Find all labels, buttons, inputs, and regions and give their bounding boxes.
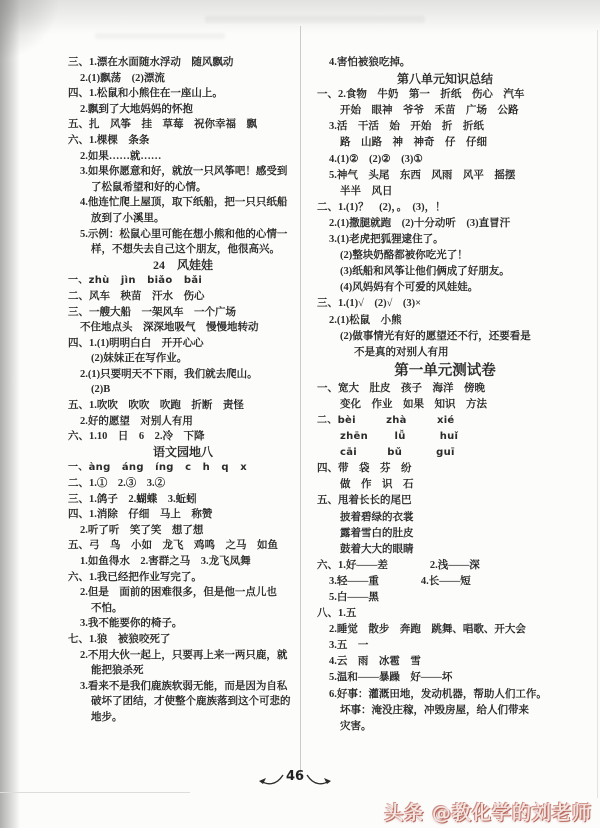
answer-line: 四、1.(1)明明白白 开开心心 (68, 336, 298, 352)
section-title: 第八单元知识总结 (317, 71, 573, 87)
answer-line: (4)风妈妈有个可爱的风娃娃。 (317, 280, 573, 296)
answer-line: 四、1.消除 仔细 马上 称赞 (68, 507, 298, 523)
answer-line: 4.他连忙爬上屋顶，取下纸船，把一只只纸船 (68, 195, 298, 211)
answer-line: 八、1.五 (317, 606, 573, 622)
answer-line: 六、1.好——差 2.浅——深 (317, 558, 573, 574)
answer-line: 开始 眼神 爷爷 禾苗 广场 公路 (317, 103, 573, 119)
left-answer-column: 三、1.漂在水面随水浮动 随风飘动2.(1)飘荡 (2)漂流四、1.松鼠和小熊住… (68, 55, 298, 726)
workbook-answer-page: 三、1.漂在水面随水浮动 随风飘动2.(1)飘荡 (2)漂流四、1.松鼠和小熊住… (0, 0, 600, 828)
answer-line: 半半 风日 (317, 184, 573, 200)
answer-line: 六、1.棵棵 条条 (68, 133, 298, 149)
toutiao-watermark: 头条 @教化学的刘老师 (384, 798, 592, 825)
answer-line: 灾害。 (317, 719, 573, 735)
answer-line: 3.我不能要你的椅子。 (68, 616, 298, 632)
answer-line: 能把狼杀死 (68, 663, 298, 679)
answer-line: 四、1.松鼠和小熊住在一座山上。 (68, 86, 298, 102)
page-number: 46 (258, 769, 332, 790)
page-number-flourish-left-icon (258, 773, 284, 787)
answer-line: 3.看来不是我们鹿族软弱无能，而是因为自私 (68, 679, 298, 695)
answer-line: 一、zhù jìn biǎo bǎi (68, 273, 298, 289)
answer-line: 破坏了团结，才使整个鹿族落到这个可悲的 (68, 694, 298, 710)
answer-line: 3.活 干活 始 开始 折 折纸 (317, 119, 573, 135)
answer-line: 5.示例：松鼠心里可能在想小熊和他的心情一 (68, 227, 298, 243)
section-title: 24 风娃娃 (68, 258, 298, 274)
answer-line: 不住地点头 深深地吸气 慢慢地转动 (68, 320, 298, 336)
answer-line: 一、宽大 肚皮 孩子 海洋 傍晚 (317, 381, 573, 397)
answer-line: 三、1.漂在水面随水浮动 随风飘动 (68, 55, 298, 71)
answer-line: 不怕。 (68, 601, 298, 617)
answer-line: 三、一艘大船 一架风车 一个广场 (68, 305, 298, 321)
answer-line: 不是真的对别人有用 (317, 345, 573, 361)
page-bottom-shadow (0, 792, 190, 793)
page-edge-shadow-left (0, 0, 20, 828)
answer-line: 4.(1)② (2)② (3)① (317, 152, 573, 168)
answer-line: 四、带 袋 芬 纷 (317, 461, 573, 477)
right-answer-column: 4.害怕被狼吃掉。第八单元知识总结一、2.食物 牛奶 第一 折纸 伤心 汽车开始… (317, 55, 573, 735)
answer-line: 五、甩着长长的尾巴 (317, 493, 573, 509)
answer-line: (2)B (68, 382, 298, 398)
answer-line: 3.如果你愿意和好，就放一只风筝吧！感受到 (68, 164, 298, 180)
answer-line: 5.温和——暴躁 好——坏 (317, 670, 573, 686)
answer-line: 放到了小溪里。 (68, 211, 298, 227)
answer-line: 6.好事：灌溉田地，发动机器，帮助人们工作。 (317, 687, 573, 703)
answer-line: 5.神气 头尾 东西 风雨 风平 摇摆 (317, 168, 573, 184)
answer-line: 五、扎 风筝 挂 草莓 祝你幸福 飘 (68, 117, 298, 133)
page-edge-line-right (597, 30, 598, 798)
column-divider-line (300, 26, 301, 778)
answer-line: 变化 作业 如果 知识 方法 (317, 397, 573, 413)
answer-line: 2.听了听 笑了笑 想了想 (68, 523, 298, 539)
page-corner-shadow (0, 0, 60, 60)
answer-line: 4.害怕被狼吃掉。 (317, 55, 573, 71)
answer-line: 5.白——黑 (317, 590, 573, 606)
answer-line: 3.(1)老虎把狐狸逮住了。 (317, 232, 573, 248)
answer-line: 2.但是 面前的困难很多，但是他一点儿也 (68, 585, 298, 601)
answer-line: 三、1.(1)√ (2)√ (3)× (317, 296, 573, 312)
section-title: 语文园地八 (68, 445, 298, 461)
ink-bleed-artifact (95, 33, 225, 39)
answer-line: 2.(1)飘荡 (2)漂流 (68, 71, 298, 87)
answer-line: 1.如鱼得水 2.害群之马 3.龙飞凤舞 (68, 554, 298, 570)
answer-line: 一、2.食物 牛奶 第一 折纸 伤心 汽车 (317, 87, 573, 103)
answer-line: 三、1.鸽子 2.蝴蝶 3.蚯蚓 (68, 492, 298, 508)
answer-line: zhēn lǚ huǐ (317, 429, 573, 445)
answer-line: 2.不用大伙一起上，只要再上来一两只鹿，就 (68, 648, 298, 664)
answer-line: 露着雪白的肚皮 (317, 526, 573, 542)
answer-line: 鼓着大大的眼睛 (317, 542, 573, 558)
answer-line: 做 作 识 石 (317, 477, 573, 493)
answer-line: 3.轻——重 4.长——短 (317, 574, 573, 590)
answer-line: 地步。 (68, 710, 298, 726)
answer-line: 路 山路 神 神奇 仔 仔细 (317, 135, 573, 151)
answer-line: 4.云 雨 冰雹 雪 (317, 654, 573, 670)
answer-line: 二、1.① 2.③ 3.② (68, 476, 298, 492)
answer-line: 样，不想失去自己这个朋友，他很高兴。 (68, 242, 298, 258)
answer-line: 二、1.(1)？ (2)，。 (3)，！ (317, 200, 573, 216)
answer-line: (2)整块奶酪都被你吃光了！ (317, 248, 573, 264)
answer-line: 坏事：淹没庄稼，冲毁房屋，给人们带来 (317, 703, 573, 719)
answer-line: (2)妹妹正在写作业。 (68, 351, 298, 367)
answer-line: 五、1.吹吹 吹吹 吹跑 折断 责怪 (68, 398, 298, 414)
answer-line: 六、1.10 日 6 2.冷 下降 (68, 429, 298, 445)
page-number-flourish-right-icon (306, 773, 332, 787)
answer-line: (2)做事情光有好的愿望还不行，还要看是 (317, 329, 573, 345)
answer-line: cāi bǔ guī (317, 445, 573, 461)
answer-line: 二、bèi zhà xié (317, 413, 573, 429)
answer-line: 2.(1)撒腿就跑 (2)十分动听 (3)直冒汗 (317, 216, 573, 232)
answer-line: 一、àng áng íng c h q x (68, 460, 298, 476)
answer-line: 2.(1)只要明天不下雨，我们就去爬山。 (68, 367, 298, 383)
answer-line: 七、1.狼 被狼咬死了 (68, 632, 298, 648)
page-number-value: 46 (284, 769, 306, 790)
section-title: 第一单元测试卷 (317, 361, 573, 381)
answer-line: 2.好的愿望 对别人有用 (68, 414, 298, 430)
answer-line: 2.(1)松鼠 小熊 (317, 313, 573, 329)
answer-line: 2.如果……就…… (68, 149, 298, 165)
answer-line: 六、1.我已经把作业写完了。 (68, 570, 298, 586)
answer-line: 二、风车 秧苗 汗水 伤心 (68, 289, 298, 305)
ink-bleed-artifact (205, 16, 425, 23)
answer-line: 五、弓 鸟 小如 龙飞 鸡鸣 之马 如鱼 (68, 538, 298, 554)
answer-line: 披着碧绿的衣裳 (317, 510, 573, 526)
answer-line: 3.五 一 (317, 638, 573, 654)
answer-line: 2.飘到了大地妈妈的怀抱 (68, 102, 298, 118)
answer-line: 了松鼠希望和好的心情。 (68, 180, 298, 196)
answer-line: (3)纸船和风筝让他们俩成了好朋友。 (317, 264, 573, 280)
answer-line: 2.睡觉 散步 奔跑 跳舞、唱歌、开大会 (317, 622, 573, 638)
